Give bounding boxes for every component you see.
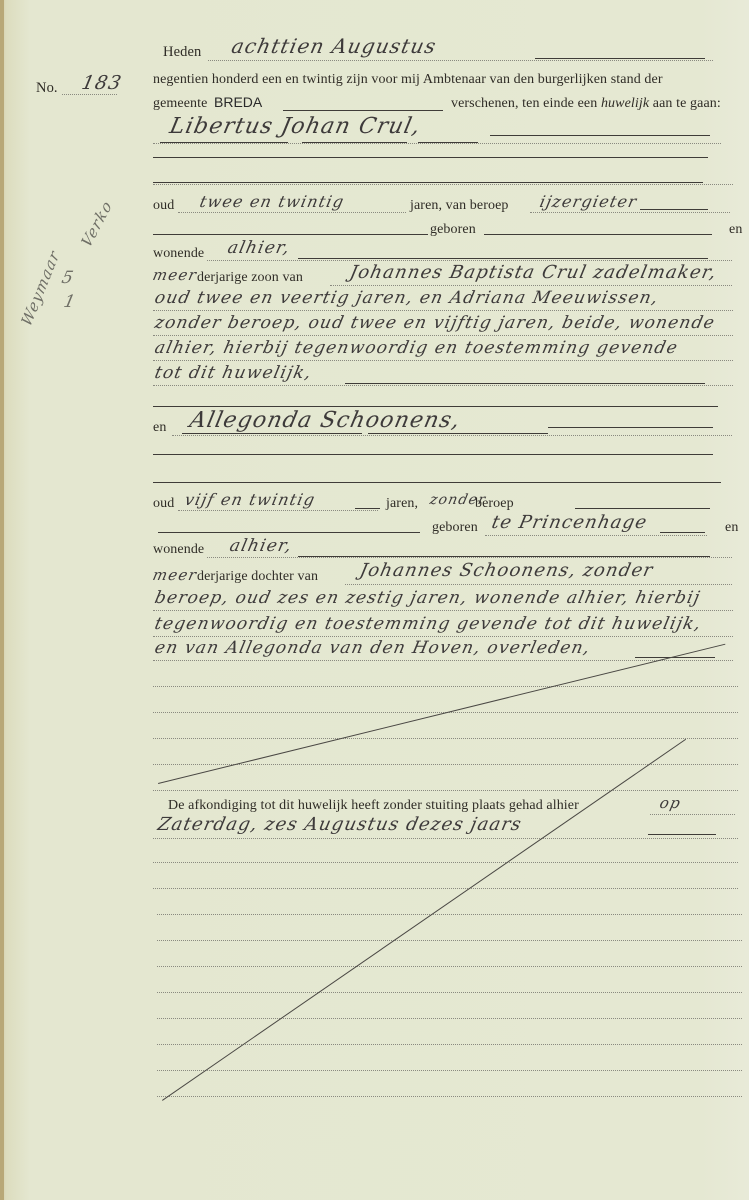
underline [302, 142, 407, 143]
verschenen-label: verschenen, ten einde een [451, 96, 597, 111]
filler-line [153, 182, 703, 183]
dotted-line [62, 94, 117, 95]
record-number: 183 [80, 72, 125, 94]
bride-geboren-label: geboren [432, 520, 478, 536]
dotted-line [157, 1070, 742, 1071]
dotted-line [208, 60, 713, 61]
filler-line [153, 406, 718, 407]
filler-line [648, 834, 716, 835]
bride-birthplace: te Princenhage [490, 512, 650, 533]
dotted-line [153, 790, 738, 791]
bride-parents-line-3: tegenwoordig en toestemming gevende tot … [153, 614, 704, 634]
verschenen-text: verschenen, ten einde een huwelijk aan t… [451, 96, 721, 112]
page-binding-edge [0, 0, 4, 1200]
dotted-line [157, 1096, 742, 1097]
filler-line [660, 532, 705, 533]
underline [418, 142, 478, 143]
dotted-line [650, 814, 735, 815]
filler-line [153, 454, 713, 455]
dotted-line [153, 360, 733, 361]
afkondiging-hand-line-2: Zaterdag, zes Augustus dezes jaars [156, 814, 524, 835]
bride-derjarige-label: derjarige dochter van [197, 569, 318, 585]
dotted-line [157, 914, 742, 915]
underline [182, 433, 362, 434]
filler-line [575, 508, 710, 509]
groom-wonende-label: wonende [153, 246, 204, 262]
dotted-line [207, 557, 732, 558]
bride-parents-line-2: beroep, oud zes en zestig jaren, wonende… [153, 588, 703, 608]
groom-parents-line-3: zonder beroep, oud twee en vijftig jaren… [153, 313, 717, 333]
filler-line [153, 157, 708, 158]
margin-note-number: 5 [60, 268, 76, 288]
groom-age: twee en twintig [198, 192, 346, 211]
dotted-line [157, 1018, 742, 1019]
underline [160, 142, 288, 143]
groom-parents-line-5: tot dit huwelijk, [153, 363, 314, 383]
huwelijk-word: huwelijk [601, 96, 649, 111]
dotted-line [153, 838, 738, 839]
dotted-line [153, 660, 733, 661]
dotted-line [153, 610, 733, 611]
bride-meer-prefix: meer [151, 566, 199, 584]
filler-line [153, 482, 721, 483]
groom-derjarige-label: derjarige zoon van [197, 270, 303, 286]
groom-occupation: ijzergieter [538, 192, 639, 211]
dotted-line [153, 335, 733, 336]
bride-age: vijf en twintig [183, 490, 317, 509]
record-number-label: No. [36, 80, 58, 97]
dotted-line [530, 212, 730, 213]
dotted-line [172, 435, 732, 436]
dotted-line [178, 510, 378, 511]
dotted-line [157, 992, 742, 993]
bride-beroep-label: beroep [475, 496, 514, 512]
groom-geboren-label: geboren [430, 222, 476, 238]
groom-meer-prefix: meer [151, 266, 199, 284]
dotted-line [153, 184, 733, 185]
groom-parents-line-2: oud twee en veertig jaren, en Adriana Me… [153, 288, 661, 308]
dotted-line [207, 260, 732, 261]
dotted-line [153, 738, 738, 739]
bride-parents-line-1: Johannes Schoonens, zonder [358, 560, 656, 581]
groom-jaren-beroep: jaren, van beroep [410, 198, 508, 214]
bride-wonende-label: wonende [153, 542, 204, 558]
bride-en-label: en [153, 420, 166, 436]
margin-note-verko: Verko [78, 196, 116, 251]
dotted-line [178, 212, 406, 213]
date-handwritten: achttien Augustus [229, 34, 439, 58]
margin-note-weymaar: Weymaar [18, 247, 63, 330]
bride-parents-line-4: en van Allegonda van den Hoven, overlede… [153, 638, 593, 658]
bride-en-label-2: en [725, 520, 738, 536]
dotted-line [485, 535, 707, 536]
groom-parents-line-4: alhier, hierbij tegenwoordig en toestemm… [153, 338, 680, 358]
dotted-line [153, 143, 721, 144]
filler-line [635, 657, 715, 658]
strike-through-line-2 [162, 739, 686, 1101]
heden-label: Heden [163, 44, 201, 61]
filler-line [490, 135, 710, 136]
groom-residence: alhier, [226, 238, 292, 258]
bride-jaren-label: jaren, [386, 496, 418, 512]
dotted-line [153, 310, 733, 311]
gemeente-label: gemeente [153, 96, 207, 112]
filler-line [484, 234, 712, 235]
dotted-line [153, 686, 738, 687]
groom-en-label: en [729, 222, 742, 238]
margin-note-number2: 1 [62, 292, 78, 312]
filler-line [298, 258, 708, 259]
afkondiging-text: De afkondiging tot dit huwelijk heeft zo… [168, 798, 579, 814]
dotted-line [345, 584, 732, 585]
filler-line [355, 508, 380, 509]
bride-residence: alhier, [228, 536, 294, 556]
bride-oud-label: oud [153, 496, 174, 512]
dotted-line [157, 940, 742, 941]
filler-line [535, 58, 705, 59]
underline [368, 433, 548, 434]
filler-line [283, 110, 443, 111]
dotted-line [153, 888, 738, 889]
dotted-line [153, 862, 738, 863]
gemeente-stamp: BREDA [214, 94, 262, 110]
intro-line-2: negentien honderd een en twintig zijn vo… [153, 72, 663, 88]
filler-line [153, 234, 428, 235]
groom-oud-label: oud [153, 198, 174, 214]
dotted-line [330, 285, 732, 286]
filler-line [548, 427, 713, 428]
aan-te-gaan-label: aan te gaan: [653, 96, 721, 111]
groom-name: Libertus Johan Crul, [167, 114, 423, 139]
dotted-line [157, 1044, 742, 1045]
groom-parents-line-1: Johannes Baptista Crul zadelmaker, [348, 262, 719, 283]
dotted-line [153, 385, 733, 386]
dotted-line [157, 966, 742, 967]
filler-line [640, 209, 708, 210]
dotted-line [153, 636, 733, 637]
document-page: No. 183 Verko Weymaar 5 1 Heden achttien… [0, 0, 749, 1200]
filler-line [158, 532, 420, 533]
filler-line [345, 383, 705, 384]
filler-line [298, 556, 710, 557]
strike-through-line [158, 644, 725, 784]
bride-name: Allegonda Schoonens, [187, 408, 463, 433]
afkondiging-hand-end: op [658, 794, 683, 812]
